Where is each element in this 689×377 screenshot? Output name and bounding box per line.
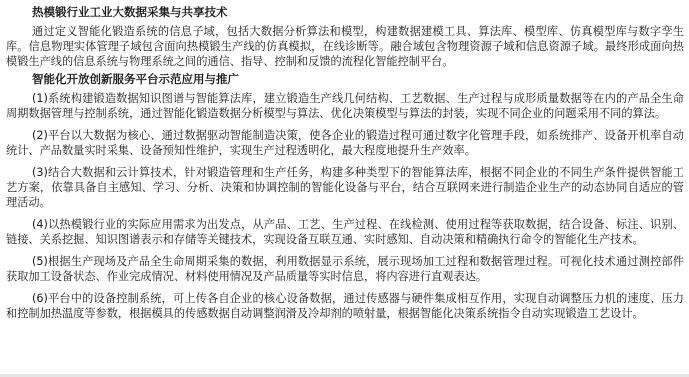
paragraph-item-5: (5)根据生产现场及产品全生命周期采集的数据，利用数据显示系统，展示现场加工过程…	[6, 254, 684, 284]
paragraph-item-6: (6)平台中的设备控制系统，可上传各自企业的核心设备数据，通过传感器与硬件集成相…	[6, 291, 684, 321]
document-body: 热模锻行业工业大数据采集与共享技术 通过定义智能化锻造系统的信息子域，包括大数据…	[6, 3, 684, 321]
paragraph-item-3: (3)结合大数据和云计算技术，针对锻造管理和生产任务，构建多种类型下的智能算法库…	[6, 165, 684, 210]
paragraph-info-subdomain: 通过定义智能化锻造系统的信息子域，包括大数据分析算法和模型，构建数据建模工具、算…	[6, 24, 684, 69]
paragraph-item-4: (4)以热模锻行业的实际应用需求为出发点，从产品、工艺、生产过程、在线检测、使用…	[6, 217, 684, 247]
section-heading-big-data-collection: 热模锻行业工业大数据采集与共享技术	[32, 5, 684, 20]
paragraph-item-2: (2)平台以大数据为核心、通过数据驱动智能制造决策，使各企业的锻造过程可通过数字…	[6, 128, 684, 158]
paragraph-item-1: (1)系统构建锻造数据知识图谱与智能算法库，建立锻造生产线几何结构、工艺数据、生…	[6, 91, 684, 121]
section-heading-platform-application: 智能化开放创新服务平台示范应用与推广	[32, 72, 684, 87]
